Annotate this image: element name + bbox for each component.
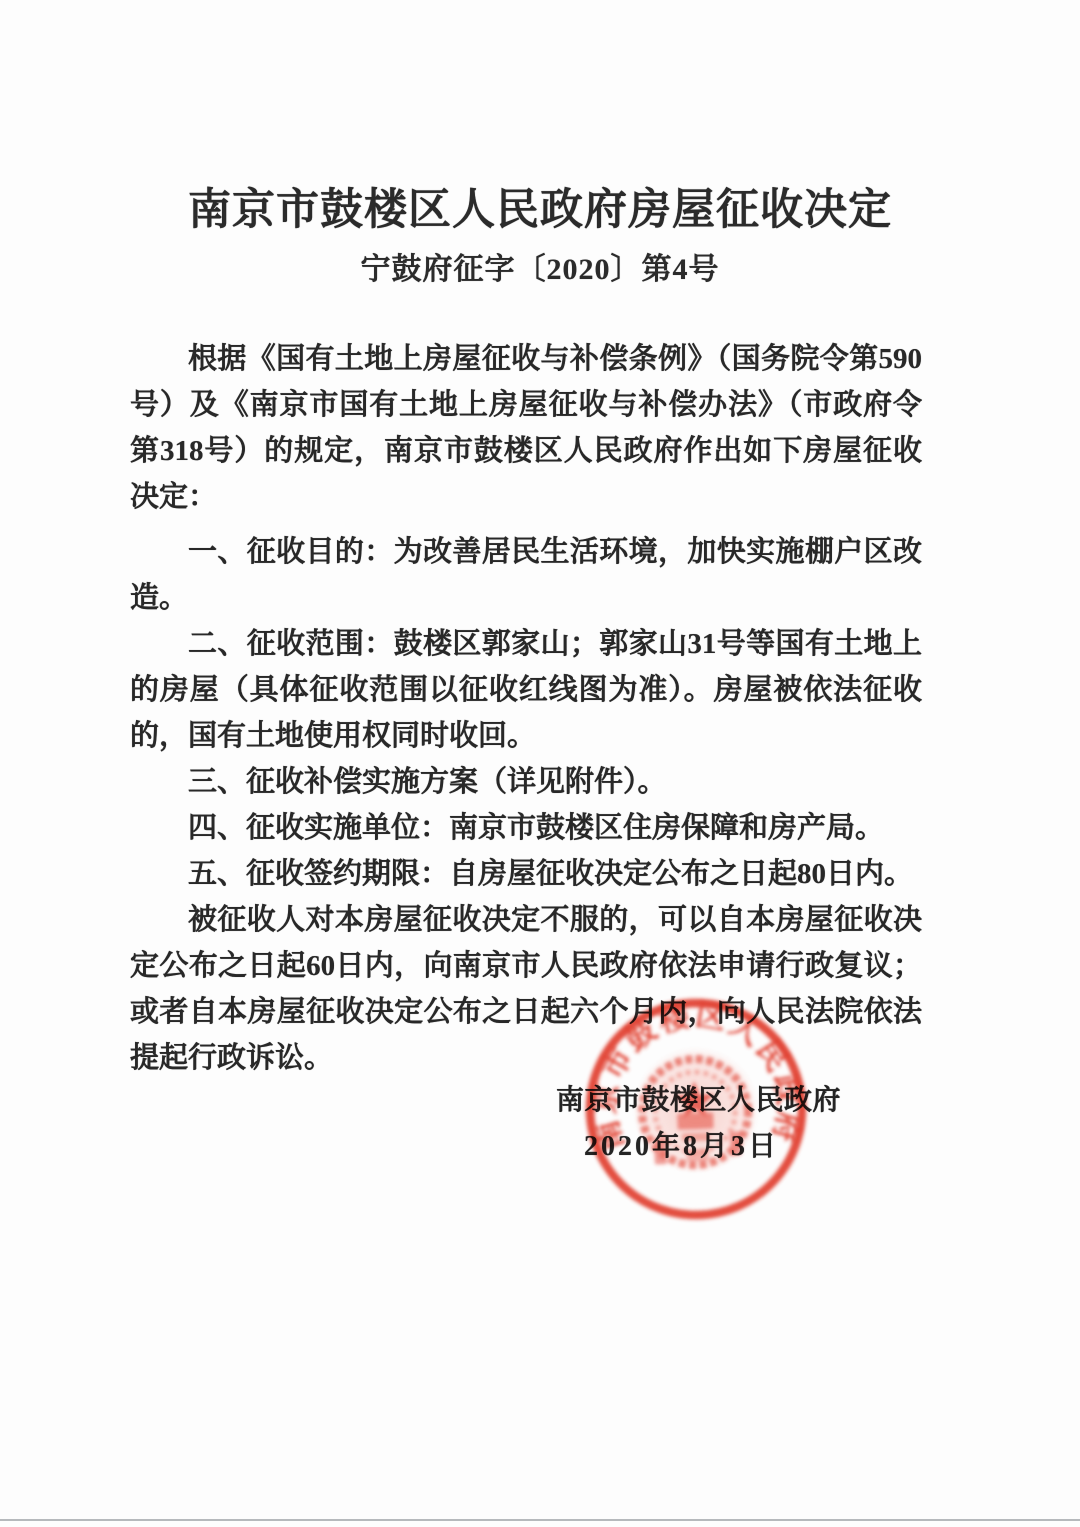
body-paragraph-item-2: 二、征收范围：鼓楼区郭家山；郭家山31号等国有土地上的房屋（具体征收范围以征收红… bbox=[130, 621, 922, 759]
document-body: 根据《国有土地上房屋征收与补偿条例》（国务院令第590号）及《南京市国有土地上房… bbox=[130, 336, 922, 1081]
body-paragraph-item-5: 五、征收签约期限：自房屋征收决定公布之日起80日内。 bbox=[130, 851, 922, 897]
body-paragraph-item-4: 四、征收实施单位：南京市鼓楼区住房保障和房产局。 bbox=[130, 805, 922, 851]
scanned-document-page: 南京市鼓楼区人民政府房屋征收决定 宁鼓府征字〔2020〕第4号 根据《国有土地上… bbox=[0, 0, 1080, 1527]
body-paragraph-item-1: 一、征收目的：为改善居民生活环境，加快实施棚户区改造。 bbox=[130, 529, 922, 621]
scan-artifact-line bbox=[0, 1519, 1080, 1521]
document-number: 宁鼓府征字〔2020〕第4号 bbox=[0, 244, 1080, 288]
body-paragraph-item-3: 三、征收补偿实施方案（详见附件）。 bbox=[130, 759, 922, 805]
document-title: 南京市鼓楼区人民政府房屋征收决定 bbox=[0, 176, 1080, 237]
official-seal: 南京市鼓楼区人民政府 bbox=[573, 983, 821, 1235]
body-paragraph-basis: 根据《国有土地上房屋征收与补偿条例》（国务院令第590号）及《南京市国有土地上房… bbox=[130, 336, 922, 520]
